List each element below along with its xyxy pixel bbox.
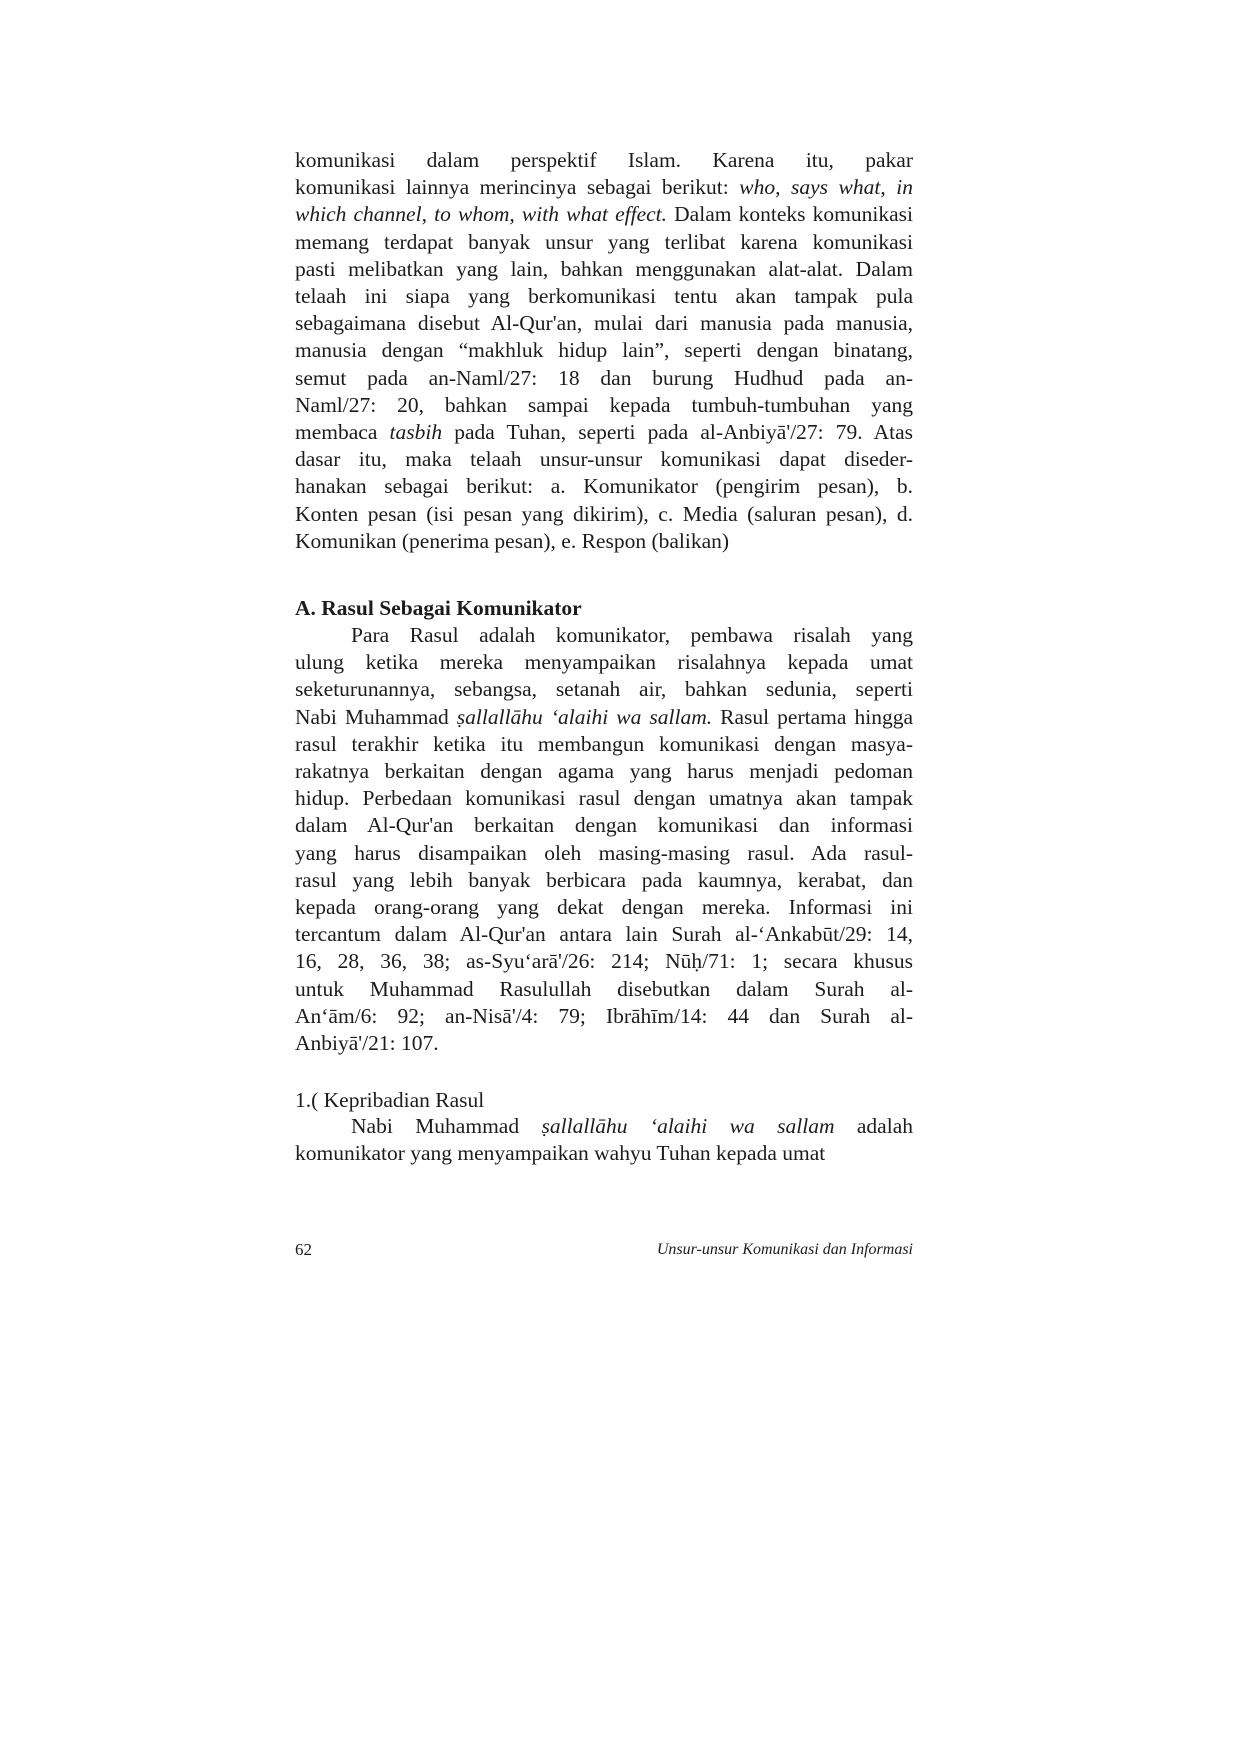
text-line: Para Rasul adalah komunikator, pembawa r… — [295, 622, 913, 649]
text-line: Naml/27: 20, bahkan sampai kepada tumbuh… — [295, 392, 913, 419]
text-line: Nabi Muhammad ṣallallāhu ‘alaihi wa sall… — [295, 1113, 913, 1140]
page-footer: 62 Unsur-unsur Komunikasi dan Informasi — [295, 1238, 913, 1262]
running-footer-title: Unsur-unsur Komunikasi dan Informasi — [657, 1238, 913, 1262]
text-line: membaca tasbih pada Tuhan, seperti pada … — [295, 419, 913, 446]
italic-term: to whom, with what effect. — [434, 202, 667, 226]
section-heading-rasul-sebagai-komunikator: A. Rasul Sebagai Komunikator — [295, 594, 582, 622]
text-line: Anbiyā'/21: 107. — [295, 1030, 913, 1057]
text-line: which channel, to whom, with what effect… — [295, 201, 913, 228]
text-line: komunikasi dalam perspektif Islam. Karen… — [295, 147, 913, 174]
paragraph-intro: komunikasi dalam perspektif Islam. Karen… — [295, 147, 913, 555]
subsection-heading-kepribadian-rasul: 1.( Kepribadian Rasul — [295, 1086, 484, 1114]
page-number: 62 — [295, 1238, 312, 1262]
text-line: An‘ām/6: 92; an-Nisā'/4: 79; Ibrāhīm/14:… — [295, 1003, 913, 1030]
text-line: seketurunannya, sebangsa, setanah air, b… — [295, 676, 913, 703]
text-line: komunikator yang menyampaikan wahyu Tuha… — [295, 1140, 913, 1167]
text-line: pasti melibatkan yang lain, bahkan mengg… — [295, 256, 913, 283]
text-line: semut pada an-Naml/27: 18 dan burung Hud… — [295, 365, 913, 392]
text-line: telaah ini siapa yang berkomunikasi tent… — [295, 283, 913, 310]
italic-term: tasbih — [390, 420, 443, 444]
text-line: memang terdapat banyak unsur yang terlib… — [295, 229, 913, 256]
text-line: 16, 28, 36, 38; as-Syu‘arā'/26: 214; Nūḥ… — [295, 948, 913, 975]
italic-term: which channel — [295, 202, 422, 226]
text-line: Nabi Muhammad ṣallallāhu ‘alaihi wa sall… — [295, 704, 913, 731]
text-line: ulung ketika mereka menyampaikan risalah… — [295, 649, 913, 676]
text-line: dalam Al-Qur'an berkaitan dengan komunik… — [295, 812, 913, 839]
italic-term: ṣallallāhu ‘alaihi wa sallam. — [457, 705, 712, 729]
paragraph-rasul-komunikator: Para Rasul adalah komunikator, pembawa r… — [295, 622, 913, 1057]
text-line: rasul terakhir ketika itu membangun komu… — [295, 731, 913, 758]
text-line: untuk Muhammad Rasulullah disebutkan dal… — [295, 976, 913, 1003]
text-line: kepada orang-orang yang dekat dengan mer… — [295, 894, 913, 921]
text-line: tercantum dalam Al-Qur'an antara lain Su… — [295, 921, 913, 948]
text-line: dasar itu, maka telaah unsur-unsur komun… — [295, 446, 913, 473]
italic-term: in — [896, 175, 913, 199]
italic-term: ṣallallāhu ‘alaihi wa sallam — [542, 1114, 835, 1138]
text-line: komunikasi lainnya merincinya sebagai be… — [295, 174, 913, 201]
text-line: Komunikan (penerima pesan), e. Respon (b… — [295, 528, 913, 555]
text-line: sebagaimana disebut Al-Qur'an, mulai dar… — [295, 310, 913, 337]
text-line: hanakan sebagai berikut: a. Komunikator … — [295, 473, 913, 500]
paragraph-kepribadian-rasul: Nabi Muhammad ṣallallāhu ‘alaihi wa sall… — [295, 1113, 913, 1167]
text-line: rakatnya berkaitan dengan agama yang har… — [295, 758, 913, 785]
text-line: rasul yang lebih banyak berbicara pada k… — [295, 867, 913, 894]
text-line: manusia dengan “makhluk hidup lain”, sep… — [295, 337, 913, 364]
text-line: yang harus disampaikan oleh masing-masin… — [295, 840, 913, 867]
text-line: hidup. Perbedaan komunikasi rasul dengan… — [295, 785, 913, 812]
italic-term: who, says what — [739, 175, 880, 199]
text-line: Konten pesan (isi pesan yang dikirim), c… — [295, 501, 913, 528]
